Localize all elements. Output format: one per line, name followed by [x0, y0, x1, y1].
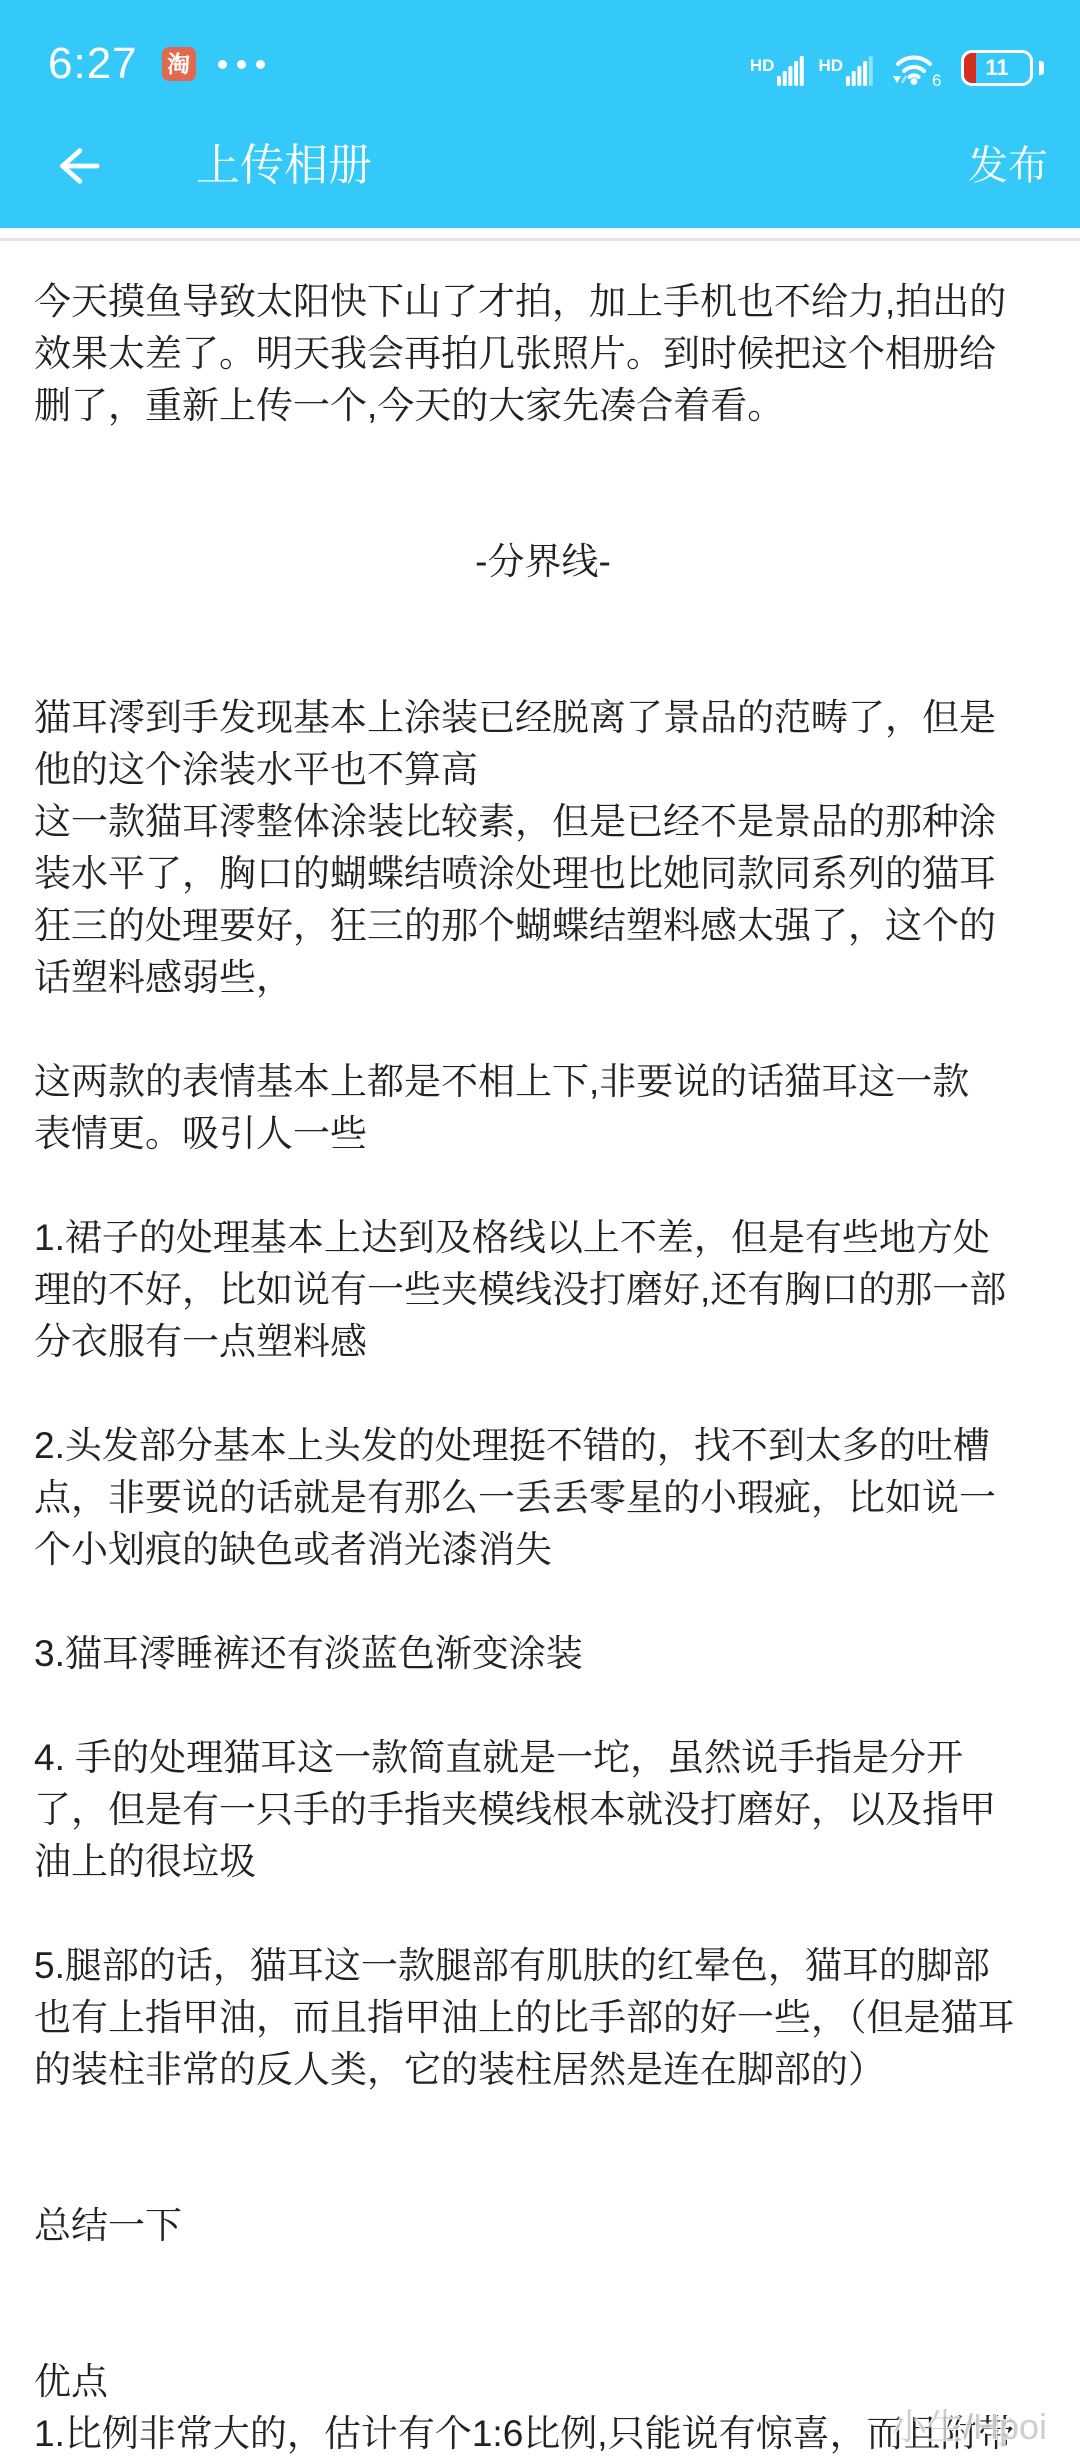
text-line: 了，但是有一只手的手指夹模线根本就没打磨好，以及指甲 [34, 1784, 1052, 1836]
text-line: 的装柱非常的反人类，它的装柱居然是连在脚部的） [34, 2044, 1052, 2096]
battery-icon: 11 [961, 50, 1033, 86]
text-line: 5.腿部的话，猫耳这一款腿部有肌肤的红晕色，猫耳的脚部 [34, 1940, 1052, 1992]
text-line [34, 1160, 1052, 1212]
signal-bars-icon [777, 55, 804, 86]
sim2-signal-icon: HD [818, 55, 873, 86]
text-line: 删了，重新上传一个,今天的大家先凑合着看。 [34, 380, 1052, 432]
text-line: 分衣服有一点塑料感 [34, 1316, 1052, 1368]
text-line: 表情更。吸引人一些 [34, 1108, 1052, 1160]
signal-bars-icon [846, 55, 873, 86]
more-notifications-icon [218, 60, 275, 69]
text-line: 效果太差了。明天我会再拍几张照片。到时候把这个相册给 [34, 328, 1052, 380]
text-line: 狂三的处理要好，狂三的那个蝴蝶结塑料感太强了，这个的 [34, 900, 1052, 952]
text-line [34, 2304, 1052, 2356]
text-line [34, 1576, 1052, 1628]
app-bar: 6:27 淘 HD HD [0, 0, 1080, 228]
text-line [34, 1680, 1052, 1732]
sim1-signal-icon: HD [750, 55, 805, 86]
battery-nub [1039, 61, 1044, 75]
text-line: 1.比例非常大的，估计有个1:6比例,只能说有惊喜，而且附带 [34, 2408, 1052, 2460]
text-line [34, 1368, 1052, 1420]
text-line: 这两款的表情基本上都是不相上下,非要说的话猫耳这一款 [34, 1056, 1052, 1108]
text-line: 总结一下 [34, 2200, 1052, 2252]
nav-bar: 上传相册 发布 [0, 104, 1080, 228]
status-bar: 6:27 淘 HD HD [0, 0, 1080, 104]
text-line: 猫耳澪到手发现基本上涂装已经脱离了景品的范畴了，但是 [34, 692, 1052, 744]
wifi-icon: 6 [891, 44, 943, 86]
text-line: 4. 手的处理猫耳这一款简直就是一坨，虽然说手指是分开 [34, 1732, 1052, 1784]
text-line: 油上的很垃圾 [34, 1836, 1052, 1888]
svg-text:6: 6 [932, 71, 941, 86]
page-title: 上传相册 [196, 144, 372, 188]
text-line [34, 484, 1052, 536]
status-bar-left: 6:27 淘 [48, 42, 275, 86]
publish-button[interactable]: 发布 [968, 146, 1048, 186]
text-line: 优点 [34, 2356, 1052, 2408]
text-line: -分界线- [34, 536, 1052, 588]
text-line [34, 1004, 1052, 1056]
phone-screen: 6:27 淘 HD HD [0, 0, 1080, 2460]
text-line [34, 432, 1052, 484]
text-line: 点，非要说的话就是有那么一丢丢零星的小瑕疵，比如说一 [34, 1472, 1052, 1524]
battery-percent: 11 [985, 57, 1008, 79]
text-line: 他的这个涂装水平也不算高 [34, 744, 1052, 796]
album-description-editor[interactable]: 今天摸鱼导致太阳快下山了才拍，加上手机也不给力,拍出的效果太差了。明天我会再拍几… [0, 241, 1080, 2460]
text-line: 也有上指甲油，而且指甲油上的比手部的好一些，（但是猫耳 [34, 1992, 1052, 2044]
text-line: 个小划痕的缺色或者消光漆消失 [34, 1524, 1052, 1576]
battery-level-fill [964, 53, 976, 83]
hd-volte-label: HD [750, 57, 775, 74]
status-bar-right: HD HD [750, 44, 1044, 86]
text-line: 今天摸鱼导致太阳快下山了才拍，加上手机也不给力,拍出的 [34, 276, 1052, 328]
text-line [34, 1888, 1052, 1940]
text-line: 装水平了，胸口的蝴蝶结喷涂处理也比她同款同系列的猫耳 [34, 848, 1052, 900]
text-line: 话塑料感弱些， [34, 952, 1052, 1004]
text-line [34, 2148, 1052, 2200]
text-line: 3.猫耳澪睡裤还有淡蓝色渐变涂装 [34, 1628, 1052, 1680]
editor-lines: 今天摸鱼导致太阳快下山了才拍，加上手机也不给力,拍出的效果太差了。明天我会再拍几… [34, 276, 1052, 2460]
back-arrow-icon [54, 143, 100, 189]
hd-volte-label: HD [818, 57, 843, 74]
text-line: 1.裙子的处理基本上达到及格线以上不差，但是有些地方处 [34, 1212, 1052, 1264]
text-line [34, 640, 1052, 692]
text-line [34, 588, 1052, 640]
text-line [34, 2252, 1052, 2304]
back-button[interactable] [54, 143, 100, 189]
clock: 6:27 [48, 42, 138, 86]
text-line: 理的不好，比如说有一些夹模线没打磨好,还有胸口的那一部 [34, 1264, 1052, 1316]
text-line [34, 2096, 1052, 2148]
taobao-notification-icon: 淘 [162, 47, 196, 81]
text-line: 这一款猫耳澪整体涂装比较素，但是已经不是景品的那种涂 [34, 796, 1052, 848]
text-line: 2.头发部分基本上头发的处理挺不错的，找不到太多的吐槽 [34, 1420, 1052, 1472]
